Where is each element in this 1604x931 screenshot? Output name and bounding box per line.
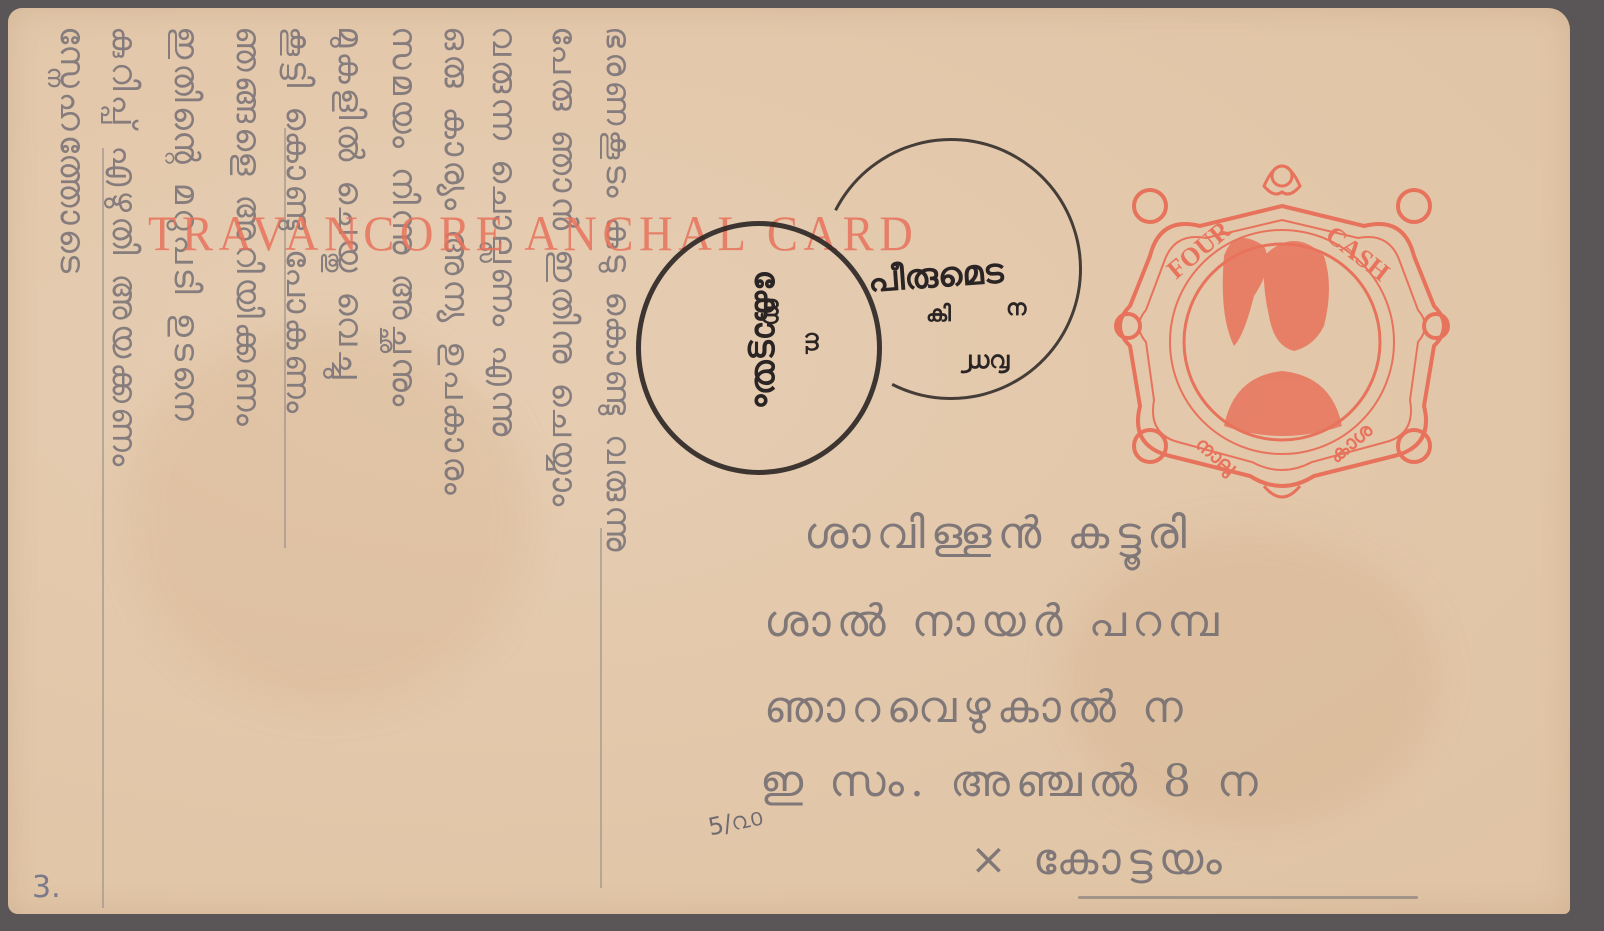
message-column: പേരു ഞാൻ ഇതിനു ചെയ്യാം	[544, 26, 584, 510]
message-column: കുറിപ്പ് എഴുതി അയക്കണം	[104, 26, 144, 470]
address-underline	[1078, 896, 1418, 899]
postmark-left-date: ൩	[800, 331, 825, 354]
pen-stroke	[102, 148, 104, 908]
indicia-stamp: FOUR CASH നാലു കാശ	[1114, 146, 1450, 508]
stamp-value-right: CASH	[1320, 220, 1395, 287]
message-column: ഭരണകൂടം കുടു കൊണ്ടു വരുന്നു	[598, 26, 638, 556]
address-line: × കോട്ടയം	[970, 834, 1228, 885]
postal-card: സ്നേഹത്തോടെ കുറിപ്പ് എഴുതി അയക്കണം ഇതിന്…	[8, 8, 1570, 914]
address-line: ഇ സം. അഞ്ചൽ 8 ന	[760, 756, 1264, 807]
address-line: ശാൽ നായർ പറമ്പ	[764, 596, 1225, 647]
postmark-left-date: ൬	[760, 297, 785, 324]
pen-stroke	[284, 128, 286, 548]
message-column: സ്നേഹത്തോടെ	[52, 26, 92, 277]
postmark-right-date: കി	[926, 302, 951, 327]
pencil-number: 3.	[32, 870, 61, 905]
pencil-fraction: 5/൨൦	[706, 803, 765, 842]
address-line: ശാവിള്ളൻ കട്ടൂരി	[804, 508, 1192, 559]
postmark-right-year: ൰൮	[960, 346, 1009, 374]
postmark-right-date: ന	[1006, 296, 1026, 321]
stamp-frame-icon: FOUR CASH നാലു കാശ	[1114, 146, 1450, 508]
address-line: ഞാറവെഴുകാൽ ന	[764, 682, 1189, 733]
pen-stroke	[600, 528, 602, 888]
message-column: ഒരു കാര്യം അന്യ ഉപകാരം	[436, 26, 476, 499]
postmark-left-town: കോട്ടയം	[746, 270, 786, 407]
